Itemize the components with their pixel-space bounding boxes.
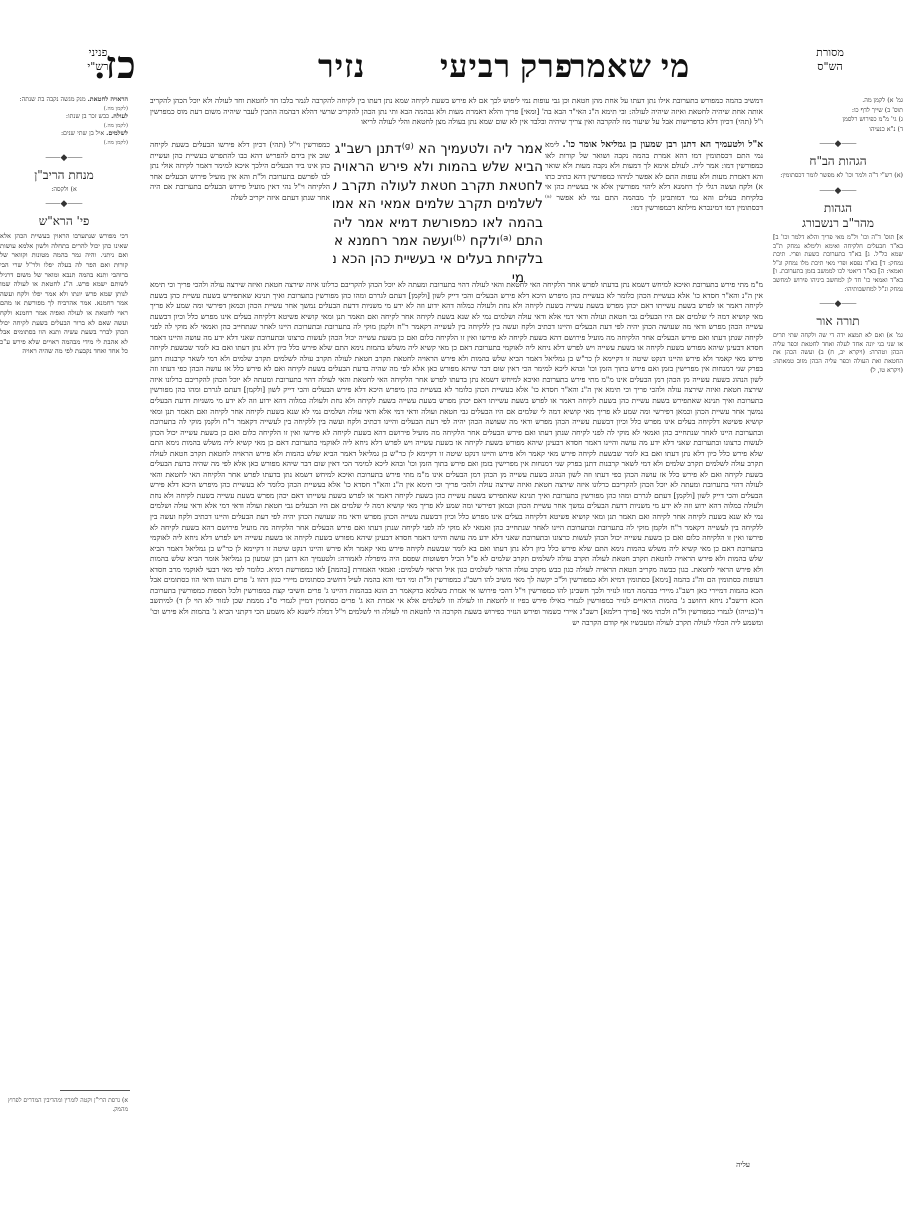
label-line: מסורת [800,46,860,60]
hagahot-maharab-subtitle: מהר"ב רנשבורג [773,216,903,231]
entry-ref: (לקמן מה.) [0,105,128,114]
label-line: רש"י [68,60,128,74]
left-sidebar: הראויה לחטאת. מנק מגשה נקבה בת שנתה: (לק… [0,96,128,1196]
torah-or-title: תורה אור [773,314,903,329]
rashi-commentary: א"ל ולטעמיך הא דתנן רבן שמעון בן גמליאל … [545,140,763,280]
rosh-title: פי' הרא"ש [0,214,128,229]
label-line: הש"ס [800,60,860,74]
chapter-title: מי שאמר [570,48,690,85]
entry-text: איל בן שתי שנים: [61,130,104,137]
pninei-rashi-entry: לעולה. כבש זכר בן שנתו: (לקמן מה.) [0,113,128,130]
pninei-rashi-entry: לשלמים. איל בן שתי שנים: (לקמן מה.) [0,130,128,147]
footnote: א) גרסת הרי"ן וקטה לומרין ומהדיבין המדרי… [0,1096,128,1114]
tosafot-top: דמשיב בהמה כמפורש בתערובת אילו נתן דעתו … [150,96,763,140]
masoret-hashas-label: מסורת הש"ס [800,46,860,74]
hagahot-maharab-text: א] תוס' ד"ה וכו' ול"מ מאי פריך והלא דלמר… [773,234,903,294]
pninei-rashi-entry: הראויה לחטאת. מנק מגשה נקבה בת שנתה: (לק… [0,96,128,113]
minchat-hariban-text: א) ולקסה: [0,186,128,195]
ornament-divider: ⸺◆⸺ [773,299,903,309]
pninei-rashi-label: פניני רש"י [68,46,128,74]
commentary-catchword: עליה [690,1160,750,1174]
footnote-divider [60,1090,130,1091]
masoret-line: ג) גי' מ"מ כפירוש רלסמן [773,116,903,125]
rashi-dibur-hamatchil: א"ל ולטעמיך הא דתנן רבן שמעון בן גמליאל … [562,140,763,150]
entry-text: כבש זכר בן שנתו: [66,113,109,120]
main-commentary: מ"מ מתי פירש בתערובת ואיכא למיחש דשמא נת… [150,280,763,1160]
commentary-paragraph: ואמאי האמורת [בהמה] לאו כמפורשת דמיא. כל… [150,565,763,627]
dibur-hamatchil: הראויה לחטאת. [88,96,128,103]
hagahot-habach-text: (א) רש"י ד"ה ולמר וכו' לא מפשר לומר דכסת… [773,172,903,181]
hagahot-maharab-title: הגהות [773,201,903,216]
gemara-line: אמר ליה ולטעמיך הא ⁽ᵍ⁾דתנן רשב"ג אומר [333,140,543,158]
rashi-text: לימא נמי התם דכסתומין דמו דהא אמרת בהמה … [545,140,763,212]
dibur-hamatchil: לשלמים. [106,130,128,137]
dibur-hamatchil: לעולה. [111,113,128,120]
masoret-line: גמ' א) לקמן מה. [773,97,903,106]
tractate-name: נזיר [318,48,365,85]
torah-or-text: גמ' א) ואם לא תמצא ידה די שה ולקחה שתי ת… [773,332,903,375]
right-sidebar: גמ' א) לקמן מה. תוס' ב) שייך לדף כו: ג) … [773,96,903,756]
hagahot-habach-title: הגהות הב"ח [773,154,903,169]
rosh-text: דכי מפורש שנתערבו הראוין בעשיית הכהן אלא… [0,232,128,1052]
entry-ref: (לקמן מה.) [0,139,128,148]
ornament-divider: ⸺◆⸺ [0,199,128,209]
talmud-page: מסורת הש"ס מי שאמר פרק רביעי נזיר כז. פנ… [0,0,914,1213]
gemara-line: בלקיחת בעלים אי בעשיית כהן הכא נמי [333,250,543,268]
masoret-line: ד) נ"א כנעיהו [773,126,903,135]
gemara-line: התם ⁽ᵃ⁾ולקח ⁽ᵇ⁾ועשה אמר רחמנא אי [333,232,543,250]
commentary-paragraph: דקאמר ר"ח ולקמן מוקי לה בתערובת ובתערובת… [150,523,763,543]
minchat-hariban-title: מנחת הריב"ן [0,168,128,183]
gemara-text: אמר ליה ולטעמיך הא ⁽ᵍ⁾דתנן רשב"ג אומר הב… [333,140,543,287]
masoret-line: תוס' ב) שייך לדף כו: [773,107,903,116]
tosafot-left: כמפורשין וי"ל (תהי) דכיון דלא פירשו הבעל… [150,140,330,280]
gemara-line: בהמה לאו כמפורשת דמיא אמר ליה [333,214,543,232]
entry-text: מנק מגשה נקבה בת שנתה: [20,96,86,103]
ornament-divider: ⸺◆⸺ [773,186,903,196]
chapter-number: פרק רביעי [440,48,573,85]
gemara-line: לשלמים תקרב שלמים אמאי הא אמורת [333,195,543,213]
ornament-divider: ⸺◆⸺ [0,153,128,163]
ornament-divider: ⸺◆⸺ [773,139,903,149]
gemara-line: הביא שלש בהמות ולא פירש הראויה [333,158,543,176]
gemara-line: לחטאת תקרב חטאת לעולה תקרב עולה [333,177,543,195]
label-line: פניני [68,46,128,60]
